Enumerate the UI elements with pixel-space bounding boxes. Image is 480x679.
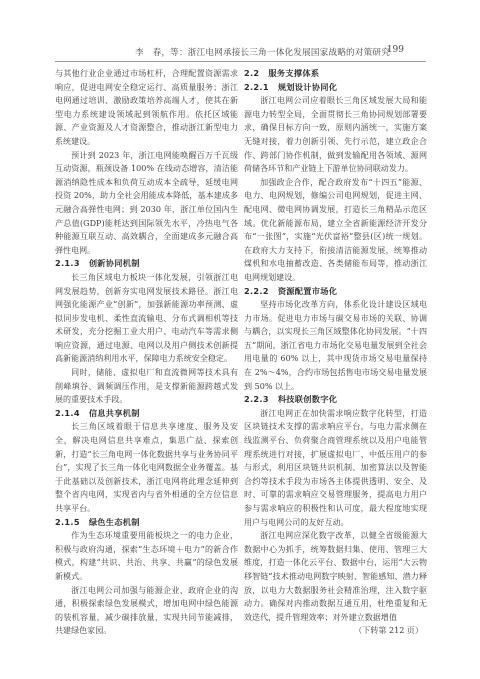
paragraph: 浙江电网应深化数字改革，以健全省级能源大数据中心为抓手，统筹数据归集、使用、管理… [244, 529, 427, 624]
paragraph: 坚持市场化改革方向，体系化设计建设区域电力市场。促进电力市场与碳交易市场的关联、… [244, 298, 427, 393]
running-header: 李 春，等：浙江电网承接长三角一体化发展国家战略的对策研究 199 [55, 40, 426, 60]
section-heading-2-2: 2.2服务支撑体系 [244, 67, 427, 81]
paragraph: 同时，储能、虚拟电厂和直流微网等技术具有削峰填谷、调频调压作用，是支撑新能源跨越… [55, 366, 238, 407]
paragraph: 浙江电网公司应着眼长三角区域发展大局和能源电力转型全局，全面贯彻长三角协同规划部… [244, 94, 427, 176]
header-rule [55, 61, 426, 62]
section-heading-2-2-3: 2.2.3科技联创数字化 [244, 393, 427, 407]
paragraph: 长三角区域电力板块一体化发展，引领浙江电网发展趋势，创新夯实电网发展技术路径。浙… [55, 271, 238, 366]
continued-note: （下转第 212 页） [244, 624, 427, 638]
right-column: 2.2服务支撑体系 2.2.1规划设计协同化 浙江电网公司应着眼长三角区域发展大… [244, 67, 427, 638]
page-number: 199 [387, 45, 404, 55]
paragraph: 浙江电网公司加强与能源企业、政府企业的沟通，积极探索绿色发展模式，增加电网中绿色… [55, 584, 238, 638]
paragraph: 作为生态环境重要用能板块之一的电力企业，积极与政府沟通，探索“生态环境＋电力”的… [55, 529, 238, 583]
paragraph: 预计到 2023 年，浙江电网能唤醒百万千瓦级互动资源，瓶颈设备 100% 在线… [55, 149, 238, 258]
paragraph: 浙江电网正在加快需求响应数字化转型，打造区块链技术支撑的需求响应平台，与电力需求… [244, 407, 427, 529]
section-heading-2-2-1: 2.2.1规划设计协同化 [244, 81, 427, 95]
paragraph: 长三角区域着眼于信息共享速度、服务及安全，解决电网信息共享难点，集思广益、探索创… [55, 420, 238, 515]
running-title: 李 春，等：浙江电网承接长三角一体化发展国家战略的对策研究 [135, 46, 390, 58]
section-heading-2-2-2: 2.2.2资源配置市场化 [244, 285, 427, 299]
section-heading-2-1-5: 2.1.5绿色生态机制 [55, 516, 238, 530]
section-heading-2-1-3: 2.1.3创新协同机制 [55, 257, 238, 271]
paragraph: 与其他行业企业通过市场杠杆，合理配置资源需求响应，促进电网安全稳定运行、高质量服… [55, 67, 238, 149]
paragraph: 加强政企合作，配合政府发布“十四五”能源、电力、电网规划，修编公司电网规划，促进… [244, 176, 427, 285]
left-column: 与其他行业企业通过市场杠杆，合理配置资源需求响应，促进电网安全稳定运行、高质量服… [55, 67, 238, 638]
section-heading-2-1-4: 2.1.4信息共享机制 [55, 407, 238, 421]
